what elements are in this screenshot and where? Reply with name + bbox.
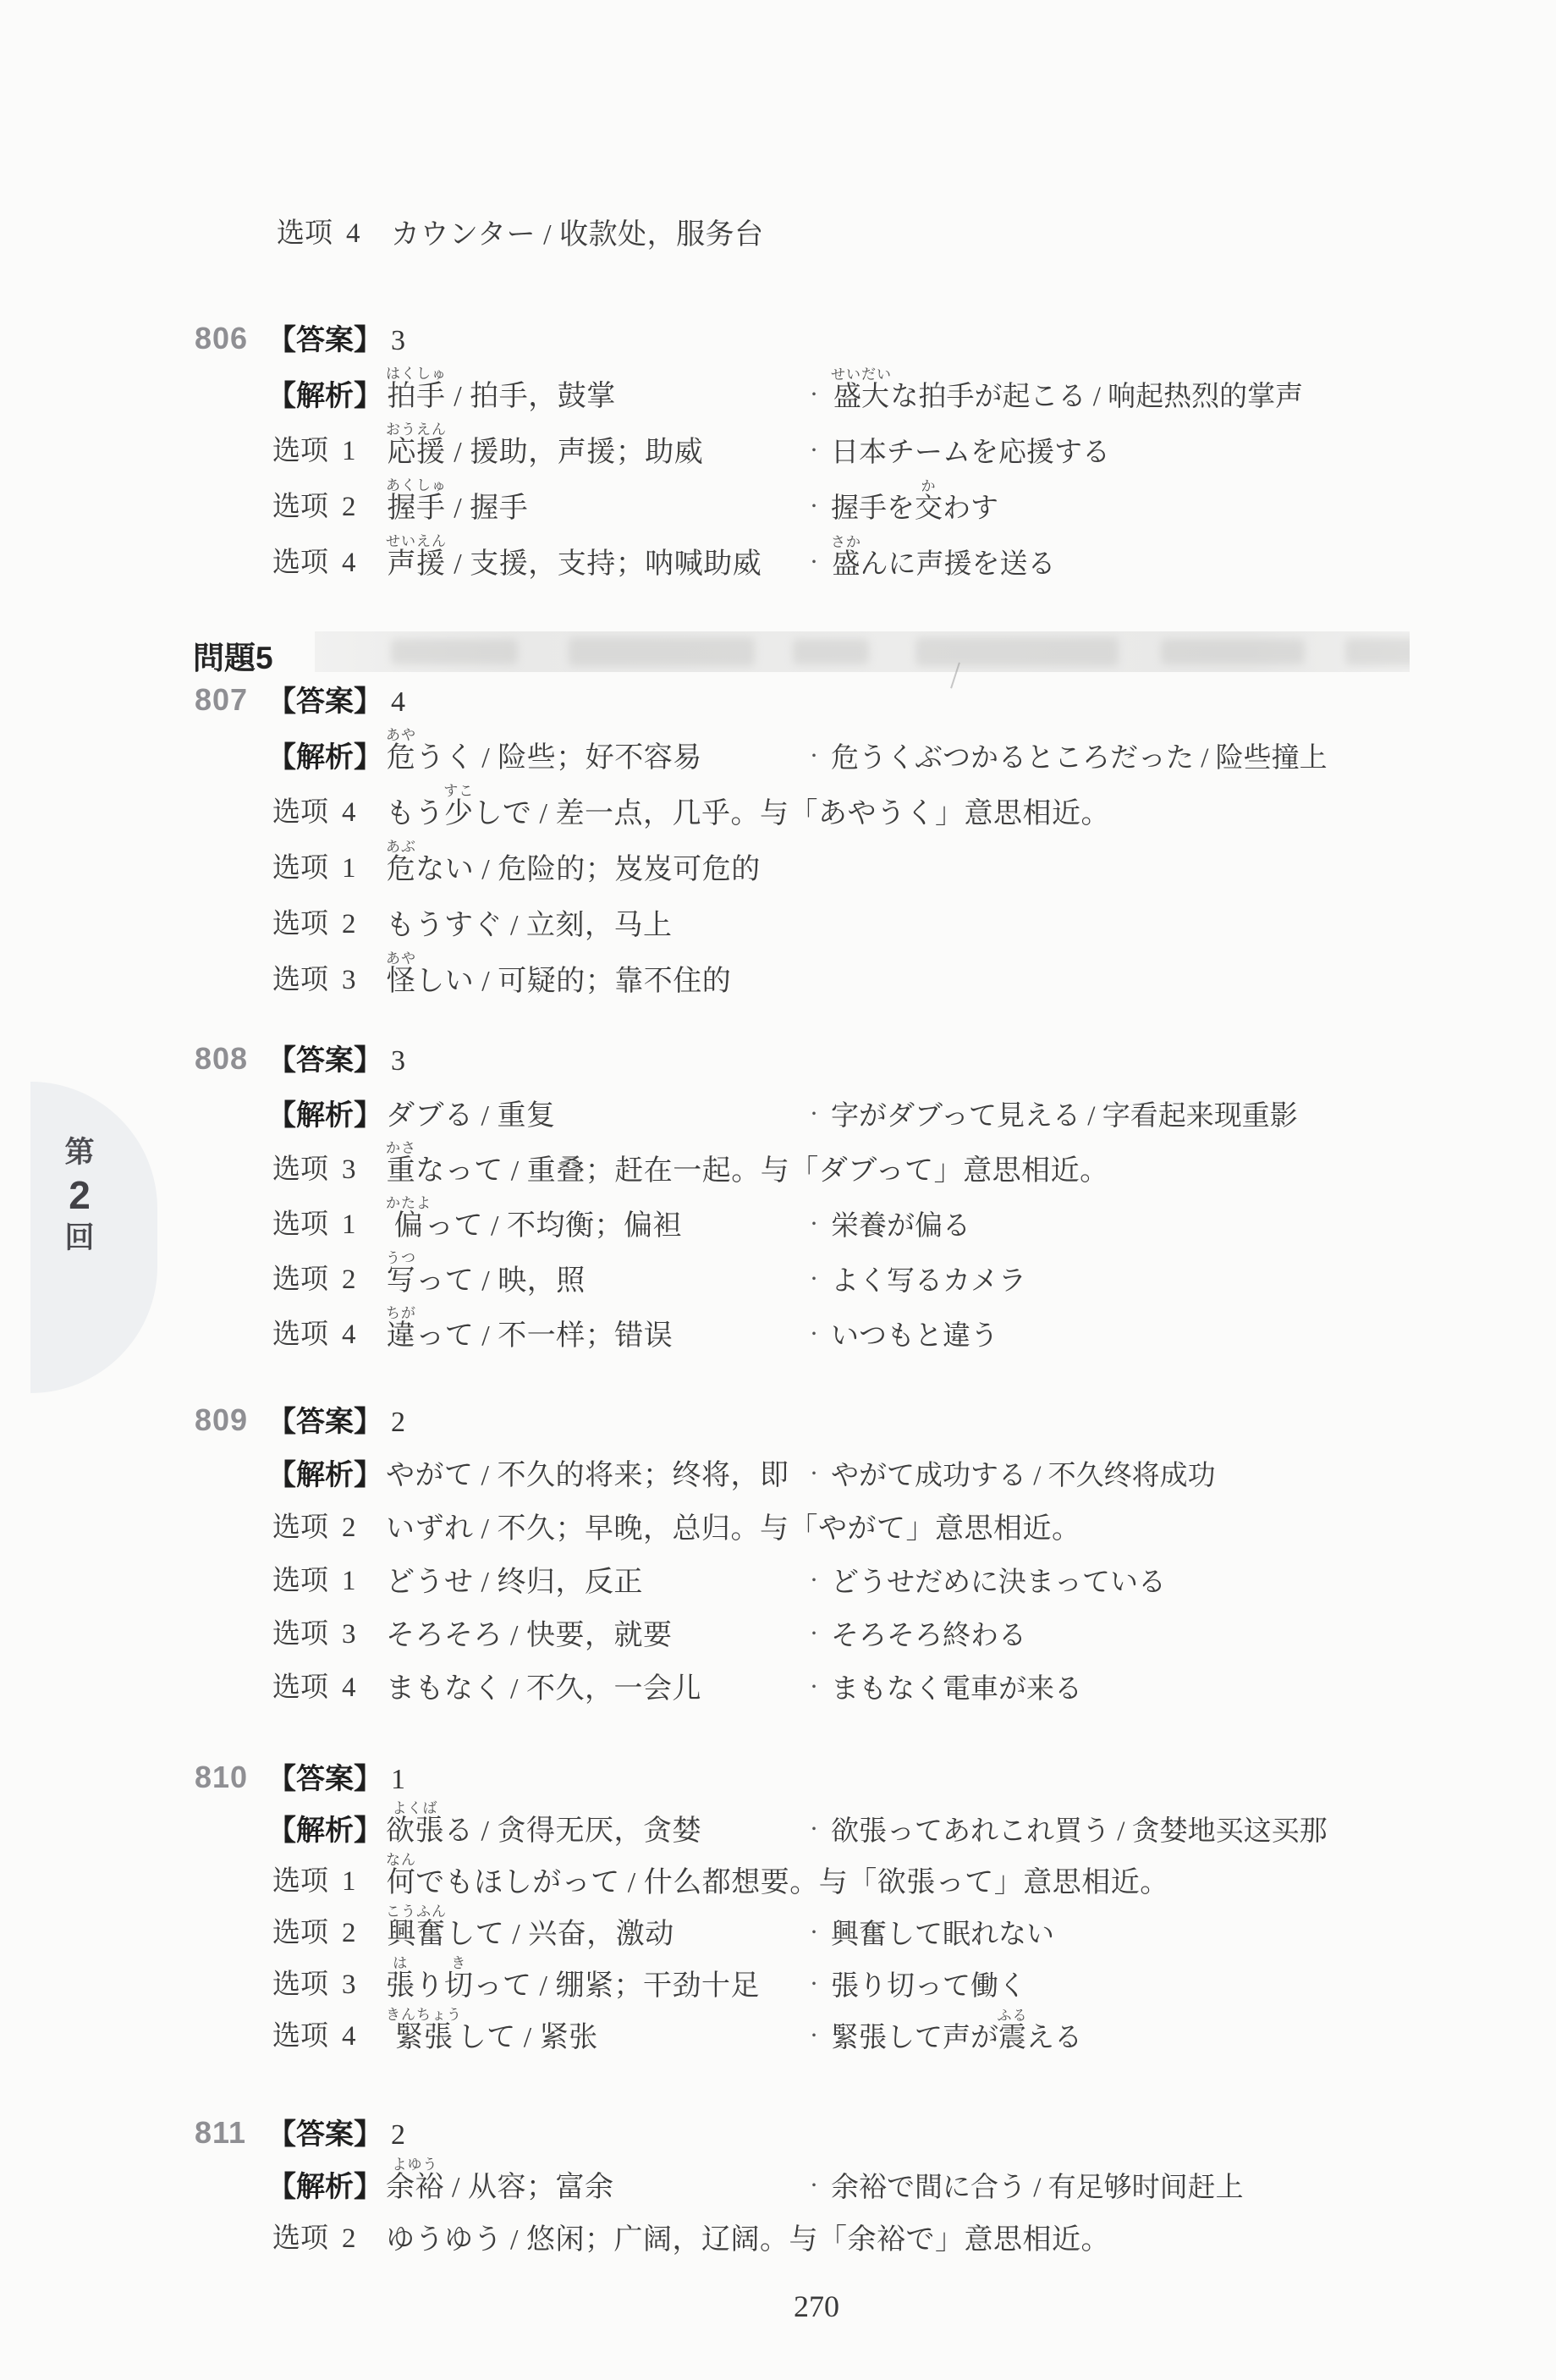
option-row: 选项2 ゆうゆう / 悠闲；广阔，辽阔。与「余裕で」意思相近。 (0, 2202, 1556, 2255)
example: ・興奮して眠れない (805, 1921, 1054, 1949)
question-block-806: 806 【答案】 3 【解析】 拍手はくしゅ / 拍手，鼓掌 ・盛大せいだいな拍… (0, 300, 1556, 579)
option-row: 选项1 どうせ / 终归，反正 ・どうせだめに決まっている (0, 1544, 1556, 1597)
analysis-word: 余裕よゆう / 从容；富余 (386, 2157, 613, 2202)
answer-value: 2 (391, 1408, 405, 1437)
example-text: 日本チームを応援する (831, 439, 1110, 467)
option-word: 重かさなって / 重叠；赶在一起。与「ダブって」意思相近。 (386, 1140, 1109, 1186)
example: ・張り切って働く (805, 1973, 1026, 2001)
option-word: 応援おうえん / 援助，声援；助威 (386, 421, 703, 467)
bullet-icon: ・ (805, 443, 822, 460)
analysis-row: 【解析】 ダブる / 重复 ・字がダブって見える / 字看起来现重影 (0, 1076, 1556, 1131)
option-label: 选项4 (272, 799, 386, 827)
option-number: 4 (342, 797, 356, 828)
example: ・字がダブって見える / 字看起来现重影 (805, 1103, 1298, 1131)
example-text: 余裕で間に合う / 有足够时间赶上 (831, 2174, 1244, 2202)
analysis-label: 【解析】 (267, 1101, 382, 1130)
question-block-807: 807 【答案】 4 【解析】 危あやうく / 险些；好不容易 ・危うくぶつかる… (0, 661, 1556, 996)
option-label: 选项4 (272, 2023, 386, 2051)
bullet-icon: ・ (805, 499, 822, 515)
bullet-icon: ・ (805, 748, 822, 765)
example: ・やがて成功する / 不久终将成功 (805, 1463, 1216, 1490)
answer-value: 1 (391, 1766, 405, 1794)
option-prefix: 选项 (272, 797, 328, 828)
example: ・そろそろ終わる (805, 1622, 1026, 1650)
option-prefix: 选项 (272, 2021, 328, 2052)
option-word: 何なんでもほしがって / 什么都想要。与「欲張って」意思相近。 (386, 1852, 1169, 1898)
option-word: いずれ / 不久；早晚，总归。与「やがて」意思相近。 (386, 1515, 1080, 1544)
option-prefix: 选项 (272, 853, 328, 884)
example: ・緊張して声が震ふるえる (805, 2008, 1082, 2052)
bullet-icon: ・ (805, 1326, 822, 1343)
option-word: 緊張きんちょうして / 紧张 (386, 2007, 598, 2052)
example: ・栄養が偏る (805, 1213, 970, 1241)
option-row: 选项3 怪あやしい / 可疑的；靠不住的 (0, 940, 1556, 996)
option-number: 4 (342, 548, 356, 578)
option-prefix: 选项 (272, 492, 328, 522)
answer-value: 2 (391, 2121, 405, 2150)
analysis-label: 【解析】 (267, 1816, 382, 1845)
analysis-word: 拍手はくしゅ / 拍手，鼓掌 (386, 366, 616, 411)
example: ・盛大せいだいな拍手が起こる / 响起热烈的掌声 (805, 366, 1303, 411)
answer-label: 【答案】 (267, 2120, 382, 2149)
option-label: 选项2 (272, 2225, 386, 2253)
option-prefix: 选项 (272, 2223, 328, 2254)
page: 第 2 回 选项4 カウンター / 收款处，服务台 806 【答案】 3 【解析… (0, 0, 1556, 2380)
option-row: 选项4 もう少すこしで / 差一点，几乎。与「あやうく」意思相近。 (0, 773, 1556, 829)
option-row: 选项2 握手あくしゅ / 握手 ・握手を交かわす (0, 467, 1556, 523)
option-prefix: 选项 (272, 1918, 328, 1948)
example-text: 字がダブって見える / 字看起来现重影 (831, 1103, 1298, 1131)
option-word: カウンター / 收款处，服务台 (391, 221, 764, 250)
example: ・盛さかんに声援を送る (805, 534, 1056, 579)
option-label: 选项4 (272, 1321, 386, 1349)
option-prefix: 选项 (272, 1566, 328, 1596)
option-number: 4 (342, 1319, 356, 1350)
question-number: 810 (195, 1762, 248, 1793)
example: ・いつもと違う (805, 1323, 998, 1351)
option-prefix: 选项 (272, 909, 328, 939)
option-row: 选项2 興奮こうふんして / 兴奋，激动 ・興奮して眠れない (0, 1898, 1556, 1949)
question-block-810: 810 【答案】 1 【解析】 欲張よくばる / 贪得无厌，贪婪 ・欲張ってあれ… (0, 1743, 1556, 2052)
question-number: 809 (195, 1405, 248, 1435)
example-text: 興奮して眠れない (831, 1921, 1054, 1949)
answer-row: 811 【答案】 2 (0, 2097, 1556, 2150)
option-word: 握手あくしゅ / 握手 (386, 477, 528, 523)
option-prefix: 选项 (277, 218, 333, 249)
bullet-icon: ・ (805, 1216, 822, 1233)
question-block-811: 811 【答案】 2 【解析】 余裕よゆう / 从容；富余 ・余裕で間に合う /… (0, 2097, 1556, 2255)
option-word: そろそろ / 快要，就要 (386, 1622, 672, 1650)
example: ・握手を交かわす (805, 478, 998, 523)
option-prefix: 选项 (272, 1319, 328, 1350)
option-word: もうすぐ / 立刻，马上 (386, 912, 672, 940)
option-label: 选项4 (272, 1674, 386, 1702)
option-number: 1 (342, 853, 356, 884)
option-number: 3 (342, 965, 356, 995)
option-row: 选项4 まもなく / 不久，一会儿 ・まもなく電車が来る (0, 1650, 1556, 1704)
option-prefix: 选项 (272, 1264, 328, 1295)
option-prefix: 选项 (272, 436, 328, 466)
option-number: 4 (342, 1672, 356, 1703)
option-number: 2 (342, 1264, 356, 1295)
option-number: 2 (342, 1512, 356, 1543)
analysis-label: 【解析】 (267, 743, 382, 772)
option-row: 选项1 何なんでもほしがって / 什么都想要。与「欲張って」意思相近。 (0, 1846, 1556, 1898)
example: ・まもなく電車が来る (805, 1676, 1082, 1704)
bullet-icon: ・ (805, 1573, 822, 1589)
bullet-icon: ・ (805, 1106, 822, 1123)
option-prefix: 选项 (272, 965, 328, 995)
option-word: 違ちがって / 不一样；错误 (386, 1305, 673, 1351)
example: ・欲張ってあれこれ買う / 贪婪地买这买那 (805, 1818, 1328, 1846)
answer-label: 【答案】 (267, 1408, 382, 1436)
question-number: 811 (195, 2118, 246, 2148)
option-label: 选项2 (272, 1920, 386, 1948)
question-number: 806 (195, 323, 248, 354)
answer-label: 【答案】 (267, 1046, 382, 1075)
bullet-icon: ・ (805, 1925, 822, 1942)
example-text: 栄養が偏る (831, 1213, 970, 1241)
question-number: 807 (195, 685, 248, 715)
option-row: 选项2 もうすぐ / 立刻，马上 (0, 884, 1556, 940)
option-word: 写うつって / 映，照 (386, 1250, 586, 1296)
option-word: まもなく / 不久，一会儿 (386, 1675, 701, 1704)
option-label: 选项3 (272, 1621, 386, 1649)
answer-value: 4 (391, 688, 405, 717)
analysis-row: 【解析】 やがて / 不久的将来；终将，即 ・やがて成功する / 不久终将成功 (0, 1437, 1556, 1490)
analysis-row: 【解析】 危あやうく / 险些；好不容易 ・危うくぶつかるところだった / 险些… (0, 717, 1556, 773)
example-text: 握手を交かわす (831, 478, 998, 523)
example-text: 危うくぶつかるところだった / 险些撞上 (831, 745, 1328, 773)
option-label: 选项2 (272, 493, 386, 521)
option-word: 興奮こうふんして / 兴奋，激动 (386, 1903, 674, 1949)
option-word: 張はり切きって / 绷紧；干劲十足 (386, 1955, 760, 2001)
answer-label: 【答案】 (267, 687, 382, 716)
option-number: 3 (342, 1154, 356, 1185)
question-number: 808 (195, 1044, 248, 1074)
option-row: 选项1 偏かたよって / 不均衡；偏袒 ・栄養が偏る (0, 1186, 1556, 1241)
option-row: 选项3 重かさなって / 重叠；赶在一起。与「ダブって」意思相近。 (0, 1131, 1556, 1186)
option-prefix: 选项 (272, 1672, 328, 1703)
option-number: 1 (342, 1566, 356, 1596)
option-prefix: 选项 (272, 548, 328, 578)
option-row: 选项1 応援おうえん / 援助，声援；助威 ・日本チームを応援する (0, 411, 1556, 467)
option-label: 选项3 (272, 967, 386, 994)
bullet-icon: ・ (805, 1626, 822, 1643)
option-word: 偏かたよって / 不均衡；偏袒 (386, 1195, 682, 1241)
option-word: 危あぶない / 危险的；岌岌可危的 (386, 839, 761, 884)
analysis-word: やがて / 不久的将来；终将，即 (386, 1462, 789, 1490)
option-row: 选项4 違ちがって / 不一样；错误 ・いつもと違う (0, 1296, 1556, 1351)
example-text: いつもと違う (831, 1323, 998, 1351)
option-row: 选项2 写うつって / 映，照 ・よく写るカメラ (0, 1241, 1556, 1296)
analysis-row: 【解析】 余裕よゆう / 从容；富余 ・余裕で間に合う / 有足够时间赶上 (0, 2150, 1556, 2202)
question-block-809: 809 【答案】 2 【解析】 やがて / 不久的将来；终将，即 ・やがて成功す… (0, 1384, 1556, 1704)
example-text: 盛さかんに声援を送る (831, 534, 1056, 579)
question-block-808: 808 【答案】 3 【解析】 ダブる / 重复 ・字がダブって見える / 字看… (0, 1021, 1556, 1351)
option-number: 2 (342, 909, 356, 939)
bullet-icon: ・ (805, 1679, 822, 1696)
option-label: 选项1 (272, 438, 386, 466)
option-label: 选项2 (272, 911, 386, 939)
option-number: 1 (342, 1866, 356, 1897)
option-row: 选项4 緊張きんちょうして / 紧张 ・緊張して声が震ふるえる (0, 2001, 1556, 2052)
option-row: 选项3 張はり切きって / 绷紧；干劲十足 ・張り切って働く (0, 1949, 1556, 2001)
option-prefix: 选项 (272, 1154, 328, 1185)
example-text: 緊張して声が震ふるえる (831, 2008, 1082, 2052)
option-number: 2 (342, 492, 356, 522)
orphan-block: 选项4 カウンター / 收款处，服务台 (0, 187, 1556, 250)
option-word: 声援せいえん / 支援，支持；呐喊助威 (386, 533, 762, 579)
analysis-label: 【解析】 (267, 1461, 382, 1490)
option-row: 选项2 いずれ / 不久；早晚，总归。与「やがて」意思相近。 (0, 1490, 1556, 1544)
bullet-icon: ・ (805, 1466, 822, 1483)
example-text: 欲張ってあれこれ買う / 贪婪地买这买那 (831, 1818, 1328, 1846)
option-label: 选项1 (272, 1211, 386, 1239)
page-number: 270 (794, 2289, 839, 2324)
example: ・危うくぶつかるところだった / 险些撞上 (805, 745, 1328, 773)
example-text: よく写るカメラ (831, 1268, 1026, 1296)
bullet-icon: ・ (805, 1271, 822, 1288)
bullet-icon: ・ (805, 554, 822, 571)
option-label: 选项2 (272, 1266, 386, 1294)
option-word: どうせ / 终归，反正 (386, 1568, 643, 1597)
option-label: 选项4 (277, 220, 390, 248)
option-row: 选项3 そろそろ / 快要，就要 ・そろそろ終わる (0, 1597, 1556, 1650)
answer-row: 806 【答案】 3 (0, 300, 1556, 355)
option-row: 选项4 カウンター / 收款处，服务台 (0, 187, 1556, 250)
option-number: 3 (342, 1619, 356, 1650)
bullet-icon: ・ (805, 1821, 822, 1838)
analysis-word: ダブる / 重复 (386, 1102, 555, 1131)
option-number: 2 (342, 1918, 356, 1948)
bullet-icon: ・ (805, 1976, 822, 1993)
option-label: 选项1 (272, 855, 386, 883)
analysis-word: 欲張よくばる / 贪得无厌，贪婪 (386, 1800, 701, 1846)
option-prefix: 选项 (272, 1512, 328, 1543)
option-number: 1 (342, 1209, 356, 1240)
option-label: 选项1 (272, 1868, 386, 1896)
option-word: 怪あやしい / 可疑的；靠不住的 (386, 950, 731, 996)
option-prefix: 选项 (272, 1209, 328, 1240)
example-text: どうせだめに決まっている (831, 1569, 1166, 1597)
analysis-word: 危あやうく / 险些；好不容易 (386, 727, 702, 773)
example-text: やがて成功する / 不久终将成功 (831, 1463, 1216, 1490)
example: ・どうせだめに決まっている (805, 1569, 1166, 1597)
option-label: 选项4 (272, 549, 386, 577)
option-label: 选项1 (272, 1567, 386, 1595)
option-row: 选项4 声援せいえん / 支援，支持；呐喊助威 ・盛さかんに声援を送る (0, 523, 1556, 579)
example: ・よく写るカメラ (805, 1268, 1026, 1296)
example: ・余裕で間に合う / 有足够时间赶上 (805, 2174, 1244, 2202)
bullet-icon: ・ (805, 387, 822, 404)
option-number: 1 (342, 436, 356, 466)
option-prefix: 选项 (272, 1970, 328, 2000)
example-text: そろそろ終わる (831, 1622, 1026, 1650)
option-number: 4 (342, 2021, 356, 2052)
bullet-icon: ・ (805, 2178, 822, 2195)
option-label: 选项3 (272, 1971, 386, 1999)
option-number: 2 (342, 2223, 356, 2254)
answer-label: 【答案】 (267, 1765, 382, 1793)
analysis-row: 【解析】 拍手はくしゅ / 拍手，鼓掌 ・盛大せいだいな拍手が起こる / 响起热… (0, 355, 1556, 411)
example-text: まもなく電車が来る (831, 1676, 1082, 1704)
example: ・日本チームを応援する (805, 439, 1110, 467)
answer-row: 809 【答案】 2 (0, 1384, 1556, 1437)
answer-row: 810 【答案】 1 (0, 1743, 1556, 1794)
analysis-row: 【解析】 欲張よくばる / 贪得无厌，贪婪 ・欲張ってあれこれ買う / 贪婪地买… (0, 1794, 1556, 1846)
option-prefix: 选项 (272, 1619, 328, 1650)
option-label: 选项2 (272, 1514, 386, 1542)
answer-row: 808 【答案】 3 (0, 1021, 1556, 1076)
option-number: 3 (342, 1970, 356, 2000)
option-word: もう少すこしで / 差一点，几乎。与「あやうく」意思相近。 (386, 783, 1110, 829)
analysis-label: 【解析】 (267, 2173, 382, 2201)
analysis-label: 【解析】 (267, 382, 382, 410)
answer-value: 3 (391, 327, 405, 355)
option-prefix: 选项 (272, 1866, 328, 1897)
option-word: ゆうゆう / 悠闲；广阔，辽阔。与「余裕で」意思相近。 (386, 2226, 1110, 2255)
example-text: 張り切って働く (831, 1973, 1026, 2001)
option-number: 4 (346, 218, 360, 249)
option-label: 选项3 (272, 1156, 386, 1184)
answer-value: 3 (391, 1047, 405, 1076)
answer-label: 【答案】 (267, 326, 382, 355)
answer-row: 807 【答案】 4 (0, 661, 1556, 717)
example-text: 盛大せいだいな拍手が起こる / 响起热烈的掌声 (831, 366, 1303, 411)
bullet-icon: ・ (805, 2028, 822, 2045)
option-row: 选项1 危あぶない / 危险的；岌岌可危的 (0, 829, 1556, 884)
